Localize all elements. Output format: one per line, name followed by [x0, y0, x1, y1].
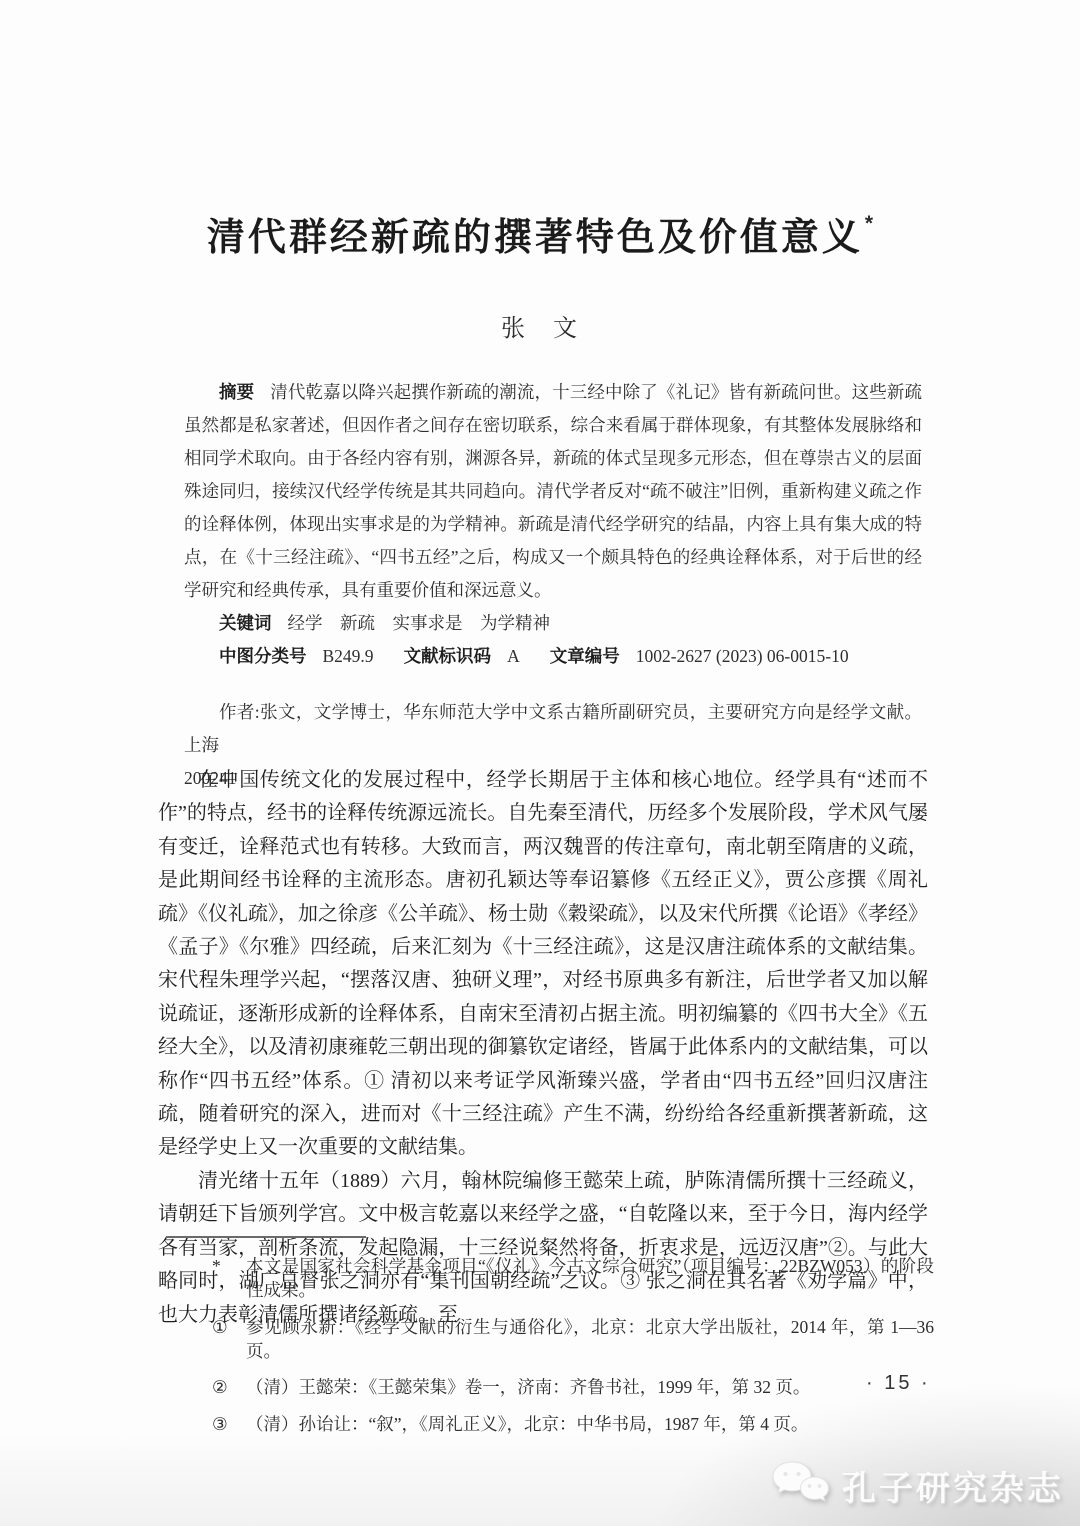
keywords-line: 关键词经学 新疏 实事求是 为学精神	[184, 607, 922, 640]
page-number: · 15 ·	[866, 1372, 931, 1395]
author-bio: 作者:张文，文学博士，华东师范大学中文系古籍所副研究员，主要研究方向是经学文献。…	[184, 696, 922, 762]
footnotes-section: * 本文是国家社会科学基金项目“《仪礼》今古文综合研究”（项目编号：22BZW0…	[158, 1236, 934, 1448]
chat-bubbles-logo-icon	[770, 1459, 832, 1512]
clc-value: B249.9	[323, 646, 374, 666]
footnote-marker: ①	[212, 1315, 238, 1363]
footnote-marker: *	[212, 1254, 238, 1302]
author-name: 张 文	[0, 308, 1080, 343]
footnote-text: 本文是国家社会科学基金项目“《仪礼》今古文综合研究”（项目编号：22BZW053…	[238, 1254, 934, 1302]
footnote-text: （清）孙诒让：“叙”，《周礼正义》，北京：中华书局，1987 年，第 4 页。	[238, 1412, 934, 1436]
abstract-paragraph: 摘要清代乾嘉以降兴起撰作新疏的潮流，十三经中除了《礼记》皆有新疏问世。这些新疏虽…	[184, 376, 922, 607]
article-no-value: 1002-2627 (2023) 06-0015-10	[636, 646, 849, 666]
meta-line: 中图分类号B249.9文献标识码A文章编号1002-2627 (2023) 06…	[184, 640, 922, 673]
clc-label: 中图分类号	[219, 646, 307, 666]
doc-code-label: 文献标识码	[404, 646, 492, 666]
journal-watermark: 孔子研究杂志	[770, 1459, 1064, 1512]
keywords-list: 经学 新疏 实事求是 为学精神	[288, 613, 551, 633]
title-footnote-marker: *	[865, 212, 873, 236]
footnote-row: ③ （清）孙诒让：“叙”，《周礼正义》，北京：中华书局，1987 年，第 4 页…	[158, 1412, 934, 1436]
footnote-row: ② （清）王懿荣：《王懿荣集》卷一，济南：齐鲁书社，1999 年，第 32 页。	[158, 1375, 934, 1399]
abstract-text: 清代乾嘉以降兴起撰作新疏的潮流，十三经中除了《礼记》皆有新疏问世。这些新疏虽然都…	[184, 382, 922, 600]
front-matter: 摘要清代乾嘉以降兴起撰作新疏的潮流，十三经中除了《礼记》皆有新疏问世。这些新疏虽…	[184, 376, 922, 795]
footnote-text: （清）王懿荣：《王懿荣集》卷一，济南：齐鲁书社，1999 年，第 32 页。	[238, 1375, 934, 1399]
doc-code-value: A	[507, 646, 520, 666]
article-title-text: 清代群经新疏的撰著特色及价值意义	[207, 217, 863, 259]
article-title: 清代群经新疏的撰著特色及价值意义*	[0, 206, 1080, 261]
footnote-row: ① 参见顾永新：《经学文献的衍生与通俗化》，北京：北京大学出版社，2014 年，…	[158, 1315, 934, 1363]
footnote-row: * 本文是国家社会科学基金项目“《仪礼》今古文综合研究”（项目编号：22BZW0…	[158, 1254, 934, 1302]
footnote-text: 参见顾永新：《经学文献的衍生与通俗化》，北京：北京大学出版社，2014 年，第 …	[238, 1315, 934, 1363]
footnote-marker: ③	[212, 1412, 238, 1436]
body-paragraph-1: 在中国传统文化的发展过程中，经学长期居于主体和核心地位。经学具有“述而不作”的特…	[158, 764, 928, 1165]
footnote-marker: ②	[212, 1375, 238, 1399]
keywords-label: 关键词	[219, 613, 272, 633]
watermark-text: 孔子研究杂志	[842, 1461, 1064, 1510]
footnote-divider	[166, 1236, 366, 1238]
abstract-label: 摘要	[219, 382, 254, 402]
article-no-label: 文章编号	[550, 646, 620, 666]
journal-page: 清代群经新疏的撰著特色及价值意义* 张 文 摘要清代乾嘉以降兴起撰作新疏的潮流，…	[0, 0, 1080, 1526]
